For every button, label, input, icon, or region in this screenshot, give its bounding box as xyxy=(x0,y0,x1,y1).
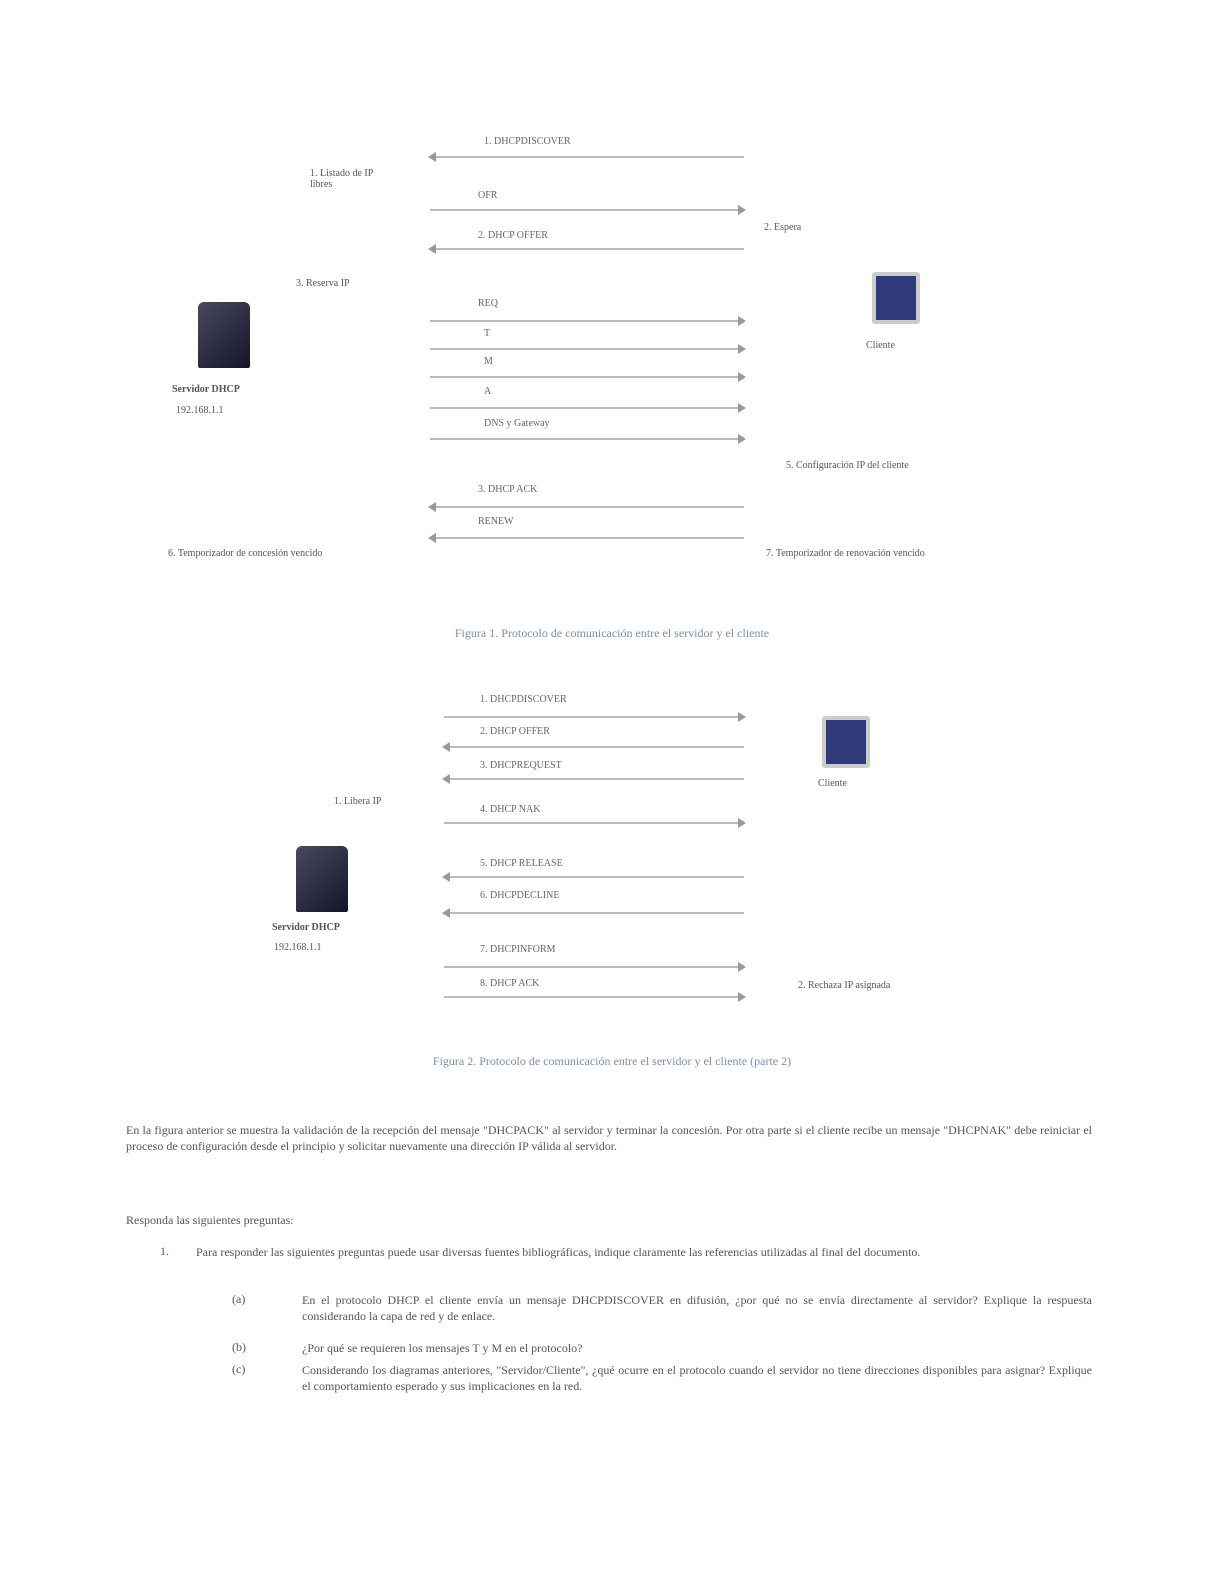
message-label: 4. DHCP NAK xyxy=(480,804,540,815)
arrow xyxy=(444,912,744,914)
client-label: Cliente xyxy=(866,340,895,351)
note: 1. Listado de IP libres xyxy=(310,168,390,190)
note: 6. Temporizador de concesión vencido xyxy=(168,548,428,559)
arrow xyxy=(430,376,744,378)
note: 5. Configuración IP del cliente xyxy=(786,460,909,471)
arrow xyxy=(444,822,744,824)
sub-question: Considerando los diagramas anteriores, "… xyxy=(302,1362,1092,1394)
arrow xyxy=(430,506,744,508)
arrow xyxy=(430,156,744,158)
sub-number: (b) xyxy=(232,1340,246,1355)
message-label: 5. DHCP RELEASE xyxy=(480,858,563,869)
server-icon xyxy=(198,302,250,368)
figure-caption: Figura 1. Protocolo de comunicación entr… xyxy=(312,626,912,641)
message-label: T xyxy=(484,328,490,339)
note: 2. Rechaza IP asignada xyxy=(798,980,894,991)
arrow xyxy=(430,438,744,440)
message-label: M xyxy=(484,356,493,367)
note: 2. Espera xyxy=(764,222,801,233)
arrow xyxy=(430,407,744,409)
message-label: 2. DHCP OFFER xyxy=(480,726,550,737)
server-address: 192.168.1.1 xyxy=(176,405,224,416)
sub-number: (a) xyxy=(232,1292,245,1307)
client-pc-icon xyxy=(872,272,920,324)
client-label: Cliente xyxy=(818,778,847,789)
server-address: 192.168.1.1 xyxy=(274,942,322,953)
arrow xyxy=(444,876,744,878)
question-1: Para responder las siguientes preguntas … xyxy=(196,1244,1092,1260)
message-label: REQ xyxy=(478,298,498,309)
figure-caption: Figura 2. Protocolo de comunicación entr… xyxy=(262,1054,962,1069)
arrow xyxy=(430,320,744,322)
sub-question: En el protocolo DHCP el cliente envía un… xyxy=(302,1292,1092,1324)
server-label: Servidor DHCP xyxy=(172,384,240,395)
arrow xyxy=(430,209,744,211)
arrow xyxy=(444,996,744,998)
arrow xyxy=(444,746,744,748)
server-label: Servidor DHCP xyxy=(272,922,340,933)
questions-intro: Responda las siguientes preguntas: xyxy=(126,1212,626,1228)
note: 7. Temporizador de renovación vencido xyxy=(766,548,1026,559)
message-label: 6. DHCPDECLINE xyxy=(480,890,559,901)
message-label: OFR xyxy=(478,190,497,201)
arrow xyxy=(430,348,744,350)
note: 1. Libera IP xyxy=(334,796,404,807)
arrow xyxy=(444,778,744,780)
message-label: A xyxy=(484,386,491,397)
message-label: 7. DHCPINFORM xyxy=(480,944,556,955)
message-label: 2. DHCP OFFER xyxy=(478,230,548,241)
message-label: RENEW xyxy=(478,516,514,527)
message-label: 8. DHCP ACK xyxy=(480,978,539,989)
sub-question: ¿Por qué se requieren los mensajes T y M… xyxy=(302,1340,1092,1356)
message-label: 1. DHCPDISCOVER xyxy=(484,136,571,147)
sub-number: (c) xyxy=(232,1362,245,1377)
arrow xyxy=(444,716,744,718)
message-label: 1. DHCPDISCOVER xyxy=(480,694,567,705)
message-label: DNS y Gateway xyxy=(484,418,550,429)
arrow xyxy=(430,537,744,539)
server-icon xyxy=(296,846,348,912)
arrow xyxy=(444,966,744,968)
body-paragraph: En la figura anterior se muestra la vali… xyxy=(126,1122,1092,1154)
arrow xyxy=(430,248,744,250)
list-number: 1. xyxy=(160,1244,169,1259)
message-label: 3. DHCPREQUEST xyxy=(480,760,562,771)
message-label: 3. DHCP ACK xyxy=(478,484,537,495)
client-pc-icon xyxy=(822,716,870,768)
note: 3. Reserva IP xyxy=(296,278,396,289)
